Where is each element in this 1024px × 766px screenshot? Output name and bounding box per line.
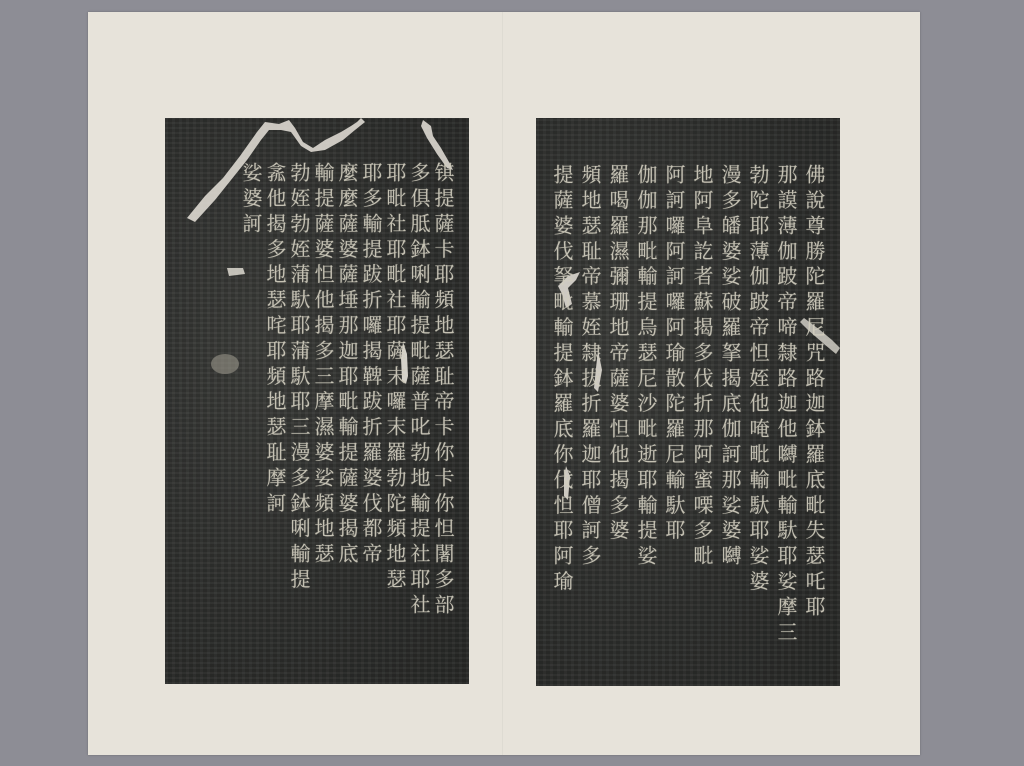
text-column: 𡦈他揭多地瑟咤耶頻地瑟耻摩訶 <box>263 162 287 674</box>
text-column: 多俱胝鉢唎輸提毗薩普叱勃地輸提社耶社 <box>407 162 431 674</box>
text-column: 地阿阜訖者蘇揭多伐折那阿蜜㗚多毗 <box>690 164 714 676</box>
text-column: 羅喝羅濕彌珊地帝薩婆怛他揭多婆 <box>606 164 630 676</box>
text-column: 勃姪勃姪蒲馱耶蒲馱耶三漫多鉢唎輸提 <box>287 162 311 674</box>
fold-line <box>502 12 503 755</box>
text-column: 勃陀耶薄伽跛帝怛姪他唵毗輸馱耶娑婆 <box>746 164 770 676</box>
rubbing-panel-left: 𫓹提薩卡耶頻地瑟耻帝卡你卡你怛闍多部 多俱胝鉢唎輸提毗薩普叱勃地輸提社耶社 耶毗… <box>165 118 469 684</box>
album-leaf: 𫓹提薩卡耶頻地瑟耻帝卡你卡你怛闍多部 多俱胝鉢唎輸提毗薩普叱勃地輸提社耶社 耶毗… <box>88 12 920 755</box>
text-column: 阿訶囉阿訶囉阿瑜散陀羅尼輸馱耶 <box>662 164 686 676</box>
text-column: 漫多皤婆娑破羅拏揭底伽訶那娑婆嚩 <box>718 164 742 676</box>
text-column: 麼麼薩婆薩埵那迦耶毗輸提薩婆揭底 <box>335 162 359 674</box>
text-column: 耶毗社耶毗社耶薩末囉末羅勃陀頻地瑟 <box>383 162 407 674</box>
text-columns-right: 佛說尊勝陀羅尼咒路迦鉢羅底毗失瑟吒耶 那謨薄伽跛帝啼隸路迦他嚩毗輸馱耶娑摩三 勃… <box>550 164 826 676</box>
text-column: 頻地瑟耻帝慕姪隸拔折羅迦耶僧訶多 <box>578 164 602 676</box>
text-column: 輸提薩婆怛他揭多三摩濕婆娑頻地瑟 <box>311 162 335 674</box>
text-column: 娑婆訶 <box>239 162 263 674</box>
rubbing-panel-right: 佛說尊勝陀羅尼咒路迦鉢羅底毗失瑟吒耶 那謨薄伽跛帝啼隸路迦他嚩毗輸馱耶娑摩三 勃… <box>536 118 840 686</box>
text-column: 那謨薄伽跛帝啼隸路迦他嚩毗輸馱耶娑摩三 <box>774 164 798 676</box>
text-column: 伽伽那毗輸提烏瑟尼沙毗逝耶輸提娑 <box>634 164 658 676</box>
text-column: 𫓹提薩卡耶頻地瑟耻帝卡你卡你怛闍多部 <box>431 162 455 674</box>
text-columns-left: 𫓹提薩卡耶頻地瑟耻帝卡你卡你怛闍多部 多俱胝鉢唎輸提毗薩普叱勃地輸提社耶社 耶毗… <box>239 162 455 674</box>
text-column: 提薩婆伐拏毗輸提鉢羅底你伐怛耶阿瑜 <box>550 164 574 676</box>
text-column: 佛說尊勝陀羅尼咒路迦鉢羅底毗失瑟吒耶 <box>802 164 826 676</box>
text-column: 耶多輸提跋折囉揭鞞跋折羅婆伐都帝 <box>359 162 383 674</box>
